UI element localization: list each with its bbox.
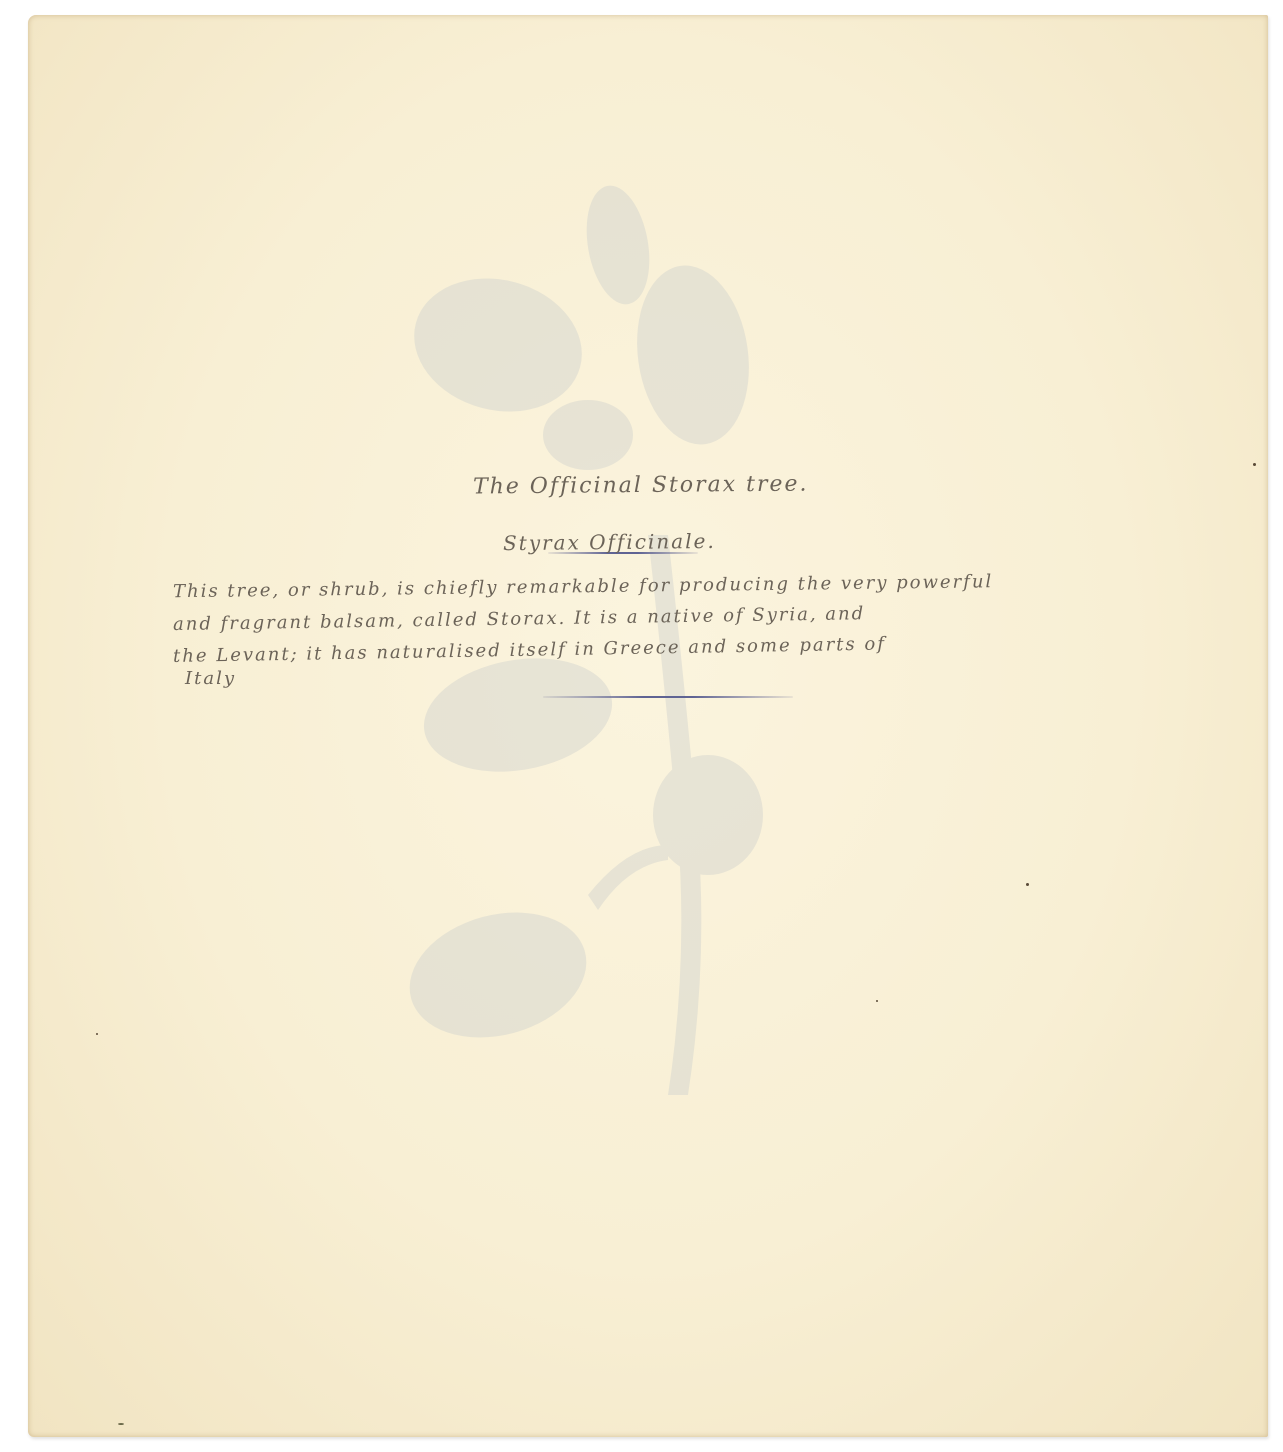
- ink-speck: [1026, 883, 1029, 886]
- ink-speck: [1253, 463, 1256, 466]
- closing-rule: [543, 696, 793, 698]
- stain-mark: [118, 1423, 124, 1425]
- ink-speck: [876, 1000, 878, 1002]
- latin-name: Styrax Officinale.: [503, 529, 716, 555]
- manuscript-page: The Officinal Storax tree. Styrax Offici…: [28, 15, 1268, 1437]
- plant-bleed-through-illustration: [28, 15, 1268, 1437]
- ink-speck: [96, 1033, 98, 1035]
- page-title: The Officinal Storax tree.: [473, 472, 809, 500]
- description-paragraph: This tree, or shrub, is chiefly remarkab…: [173, 570, 1193, 694]
